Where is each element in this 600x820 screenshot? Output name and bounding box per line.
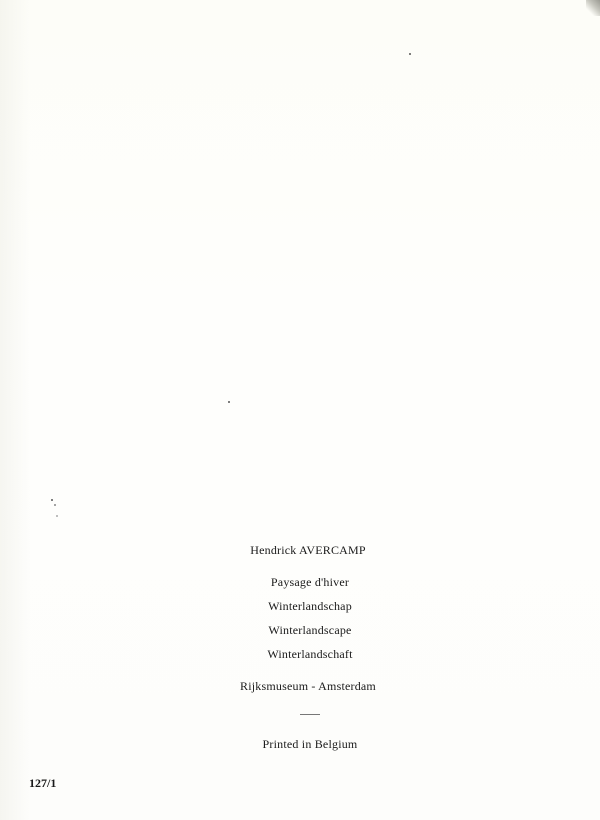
catalog-code: 127/1	[29, 776, 56, 791]
paper-edge-shading	[0, 0, 30, 820]
title-german: Winterlandschaft	[10, 647, 600, 662]
postcard-back: Hendrick AVERCAMP Paysage d'hiver Winter…	[0, 0, 600, 820]
paper-speck	[51, 499, 53, 501]
paper-speck	[54, 504, 56, 506]
title-english: Winterlandscape	[10, 623, 600, 638]
paper-speck	[56, 515, 58, 517]
paper-speck	[409, 53, 411, 55]
printed-in: Printed in Belgium	[10, 737, 600, 752]
worn-corner	[586, 0, 600, 16]
divider	[300, 714, 320, 715]
title-french: Paysage d'hiver	[10, 575, 600, 590]
artist-name: Hendrick AVERCAMP	[8, 543, 600, 558]
paper-speck	[228, 401, 230, 403]
museum-name: Rijksmuseum - Amsterdam	[8, 679, 600, 694]
title-dutch: Winterlandschap	[10, 599, 600, 614]
